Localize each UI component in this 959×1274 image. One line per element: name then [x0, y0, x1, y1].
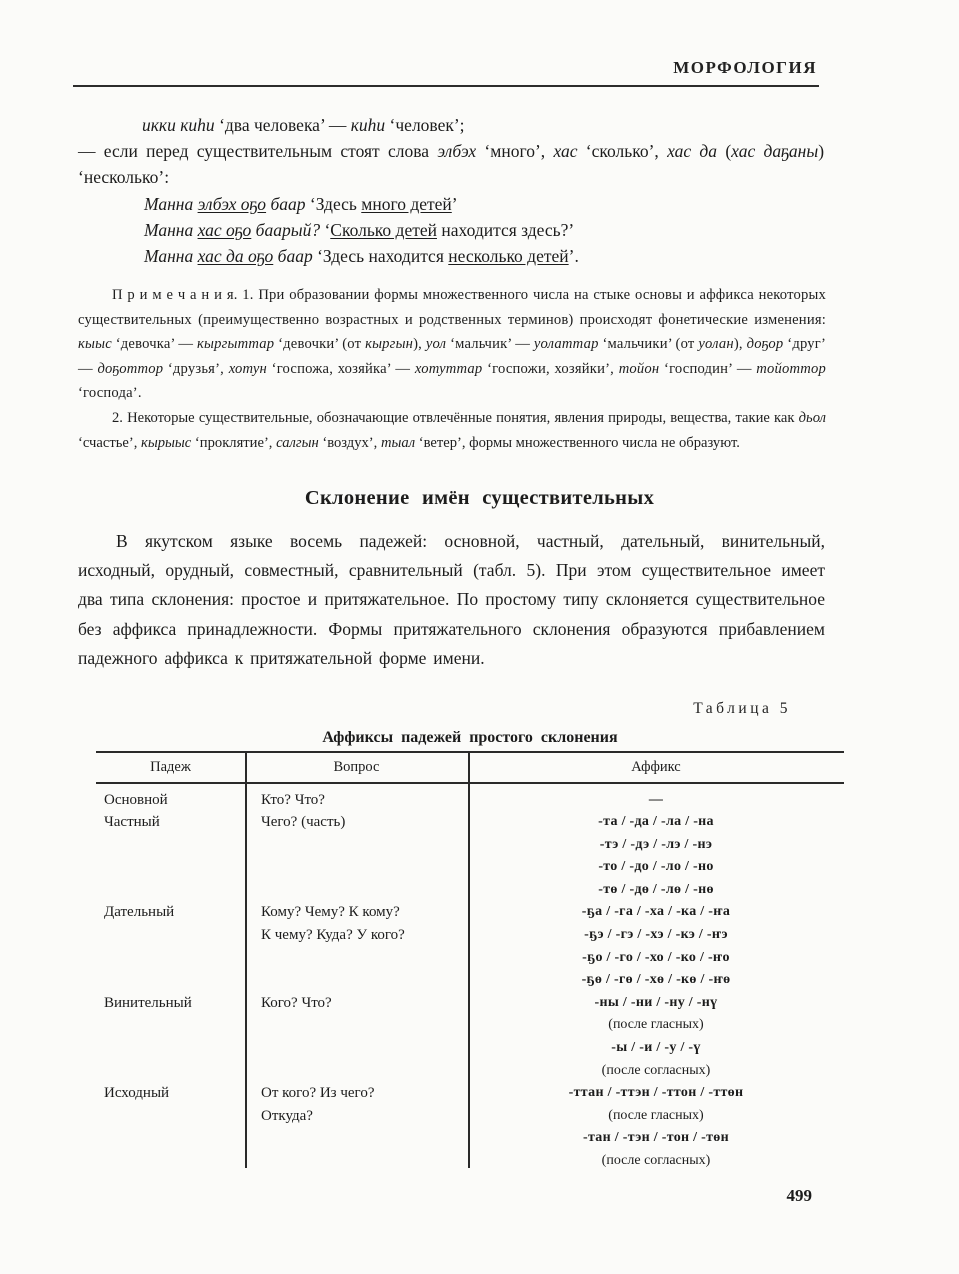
affix-cell: —	[468, 789, 844, 812]
table-caption: Аффиксы падежей простого склонения	[96, 729, 844, 747]
case-cell: Дательный	[96, 901, 245, 924]
column-header-affix: Аффикс	[468, 759, 844, 776]
note-2: 2. Некоторые существительные, обозначающ…	[78, 406, 826, 455]
intro-block: икки киһи ‘два человека’ — киһи ‘человек…	[78, 112, 824, 269]
question-cell: Кого? Что?	[245, 992, 468, 1015]
table-row: Основной Кто? Что? —	[96, 789, 844, 812]
case-cell: Исходный	[96, 1082, 245, 1105]
table-header-row: Падеж Вопрос Аффикс	[96, 753, 844, 782]
table-row: Исходный От кого? Из чего?Откуда? -ттан …	[96, 1082, 844, 1172]
question-cell: Кому? Чему? К кому?К чему? Куда? У кого?	[245, 901, 468, 946]
case-cell: Частный	[96, 811, 245, 834]
column-header-case: Падеж	[96, 759, 245, 776]
page-number: 499	[787, 1186, 813, 1206]
intro-lead-line: икки киһи ‘два человека’ — киһи ‘человек…	[78, 112, 824, 138]
affix-cell: -ҕа / -га / -ха / -ка / -ҥа-ҕэ / -гэ / -…	[468, 901, 844, 991]
question-cell: Кто? Что?	[245, 789, 468, 812]
column-header-question: Вопрос	[245, 759, 468, 776]
example-line: Манна хас да оҕо баар ‘Здесь находится н…	[144, 243, 824, 269]
running-head: МОРФОЛОГИЯ	[673, 58, 817, 78]
affix-cell: -ттан / -ттэн / -ттон / -ттөн(после глас…	[468, 1082, 844, 1172]
affix-cell: -та / -да / -ла / -на-тэ / -дэ / -лэ / -…	[468, 811, 844, 901]
header-rule	[73, 85, 819, 87]
affix-cell: -ны / -ни / -ну / -нү(после гласных)-ы /…	[468, 992, 844, 1082]
note-1: П р и м е ч а н и я. 1. При образовании …	[78, 283, 826, 406]
section-heading: Склонение имён существительных	[0, 487, 959, 510]
table-row: Частный Чего? (часть) -та / -да / -ла / …	[96, 811, 844, 901]
notes-block: П р и м е ч а н и я. 1. При образовании …	[78, 283, 826, 455]
example-list: Манна элбэх оҕо баар ‘Здесь много детей’…	[78, 191, 824, 269]
case-cell: Винительный	[96, 992, 245, 1015]
table-body: Основной Кто? Что? — Частный Чего? (част…	[96, 784, 844, 1173]
table-number-label: Таблица 5	[693, 700, 791, 718]
case-cell: Основной	[96, 789, 245, 812]
example-line: Манна элбэх оҕо баар ‘Здесь много детей’	[144, 191, 824, 217]
question-cell: От кого? Из чего?Откуда?	[245, 1082, 468, 1127]
table-row: Дательный Кому? Чему? К кому?К чему? Куд…	[96, 901, 844, 991]
example-line: Манна хас оҕо баарый? ‘Сколько детей нах…	[144, 217, 824, 243]
question-cell: Чего? (часть)	[245, 811, 468, 834]
intro-paragraph: — если перед существительным стоят слова…	[78, 138, 824, 190]
table-column-divider	[245, 753, 247, 1168]
section-paragraph: В якутском языке восемь падежей: основно…	[78, 527, 825, 673]
declension-table: Падеж Вопрос Аффикс Основной Кто? Что? —…	[96, 751, 844, 1168]
table-column-divider	[468, 753, 470, 1168]
table-row: Винительный Кого? Что? -ны / -ни / -ну /…	[96, 992, 844, 1082]
